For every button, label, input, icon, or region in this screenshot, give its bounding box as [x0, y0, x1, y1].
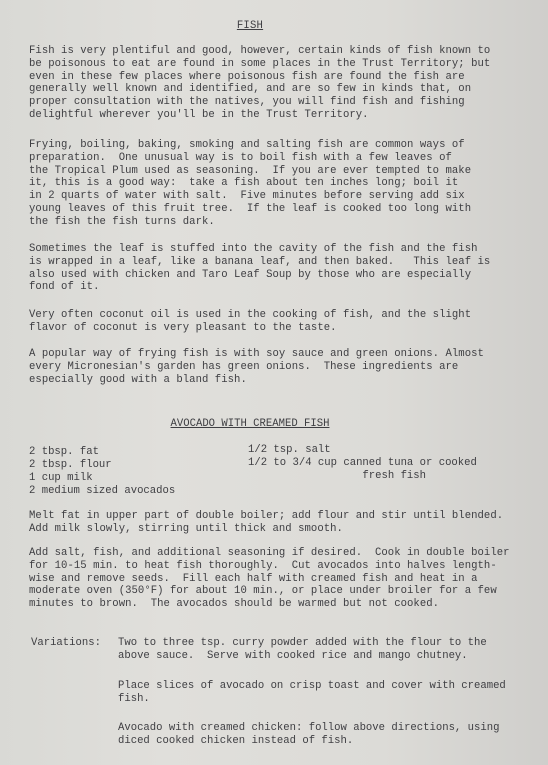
variations-label: Variations:: [31, 637, 101, 649]
paragraph-soy-sauce: A popular way of frying fish is with soy…: [29, 348, 534, 386]
recipe-title: AVOCADO WITH CREAMED FISH: [0, 418, 500, 430]
paragraph-intro: Fish is very plentiful and good, however…: [29, 45, 534, 122]
page-title: FISH: [0, 20, 500, 32]
paragraph-coconut-oil: Very often coconut oil is used in the co…: [29, 309, 534, 335]
recipe-step-1: Melt fat in upper part of double boiler;…: [29, 510, 534, 536]
variation-chicken: Avocado with creamed chicken: follow abo…: [118, 722, 499, 748]
ingredients-right: 1/2 tsp. salt 1/2 to 3/4 cup canned tuna…: [248, 444, 477, 483]
paragraph-preparation: Frying, boiling, baking, smoking and sal…: [29, 139, 534, 229]
document-page: FISH Fish is very plentiful and good, ho…: [0, 0, 548, 765]
variation-toast: Place slices of avocado on crisp toast a…: [118, 680, 506, 706]
ingredients-left: 2 tbsp. fat 2 tbsp. flour 1 cup milk 2 m…: [29, 446, 175, 498]
variation-curry: Two to three tsp. curry powder added wit…: [118, 637, 487, 663]
paragraph-leaf-stuffing: Sometimes the leaf is stuffed into the c…: [29, 243, 534, 294]
recipe-step-2: Add salt, fish, and additional seasoning…: [29, 547, 534, 611]
